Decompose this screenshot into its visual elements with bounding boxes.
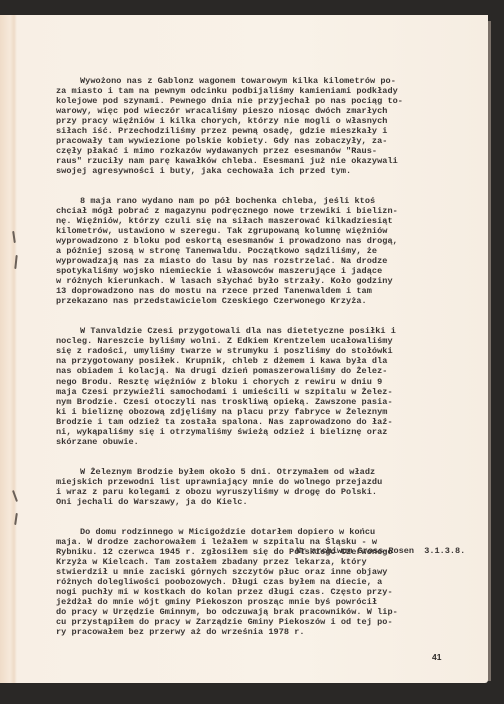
text-line: chciał mógł pobrać z magazynu podręczneg… bbox=[56, 206, 476, 216]
text-line: Oni jechali do Warszawy, ja do Kielc. bbox=[56, 497, 476, 507]
text-line: siłach iść. Przechodziliśmy przez pewną … bbox=[56, 126, 476, 136]
page-number: 41 bbox=[432, 652, 441, 662]
text-line: 13 doprowadzono nas do mostu na rzece pr… bbox=[56, 286, 476, 296]
paragraph: Wywożono nas z Gablonz wagonem towarowym… bbox=[56, 76, 476, 176]
margin-mark bbox=[12, 490, 18, 502]
text-line: ry pracowałem bez przerwy aż do września… bbox=[56, 627, 476, 637]
text-line: w różnych kierunkach. W lasach słychać b… bbox=[56, 276, 476, 286]
text-line: warowy, więc pod wieczór wracaliśmy pies… bbox=[56, 106, 476, 116]
text-line: Wywożono nas z Gablonz wagonem towarowym… bbox=[56, 76, 476, 86]
text-line: nas obiadem i kolacją. Na drugi dzień po… bbox=[56, 366, 476, 376]
text-line: skórzane obuwie. bbox=[56, 437, 476, 447]
text-line: przekazano nas przedstawicielom Czeskieg… bbox=[56, 296, 476, 306]
document-page: Wywożono nas z Gablonz wagonem towarowym… bbox=[0, 15, 488, 683]
text-line: częły płakać i mimo rozkazów wydawanych … bbox=[56, 146, 476, 156]
text-line: do pracy w Urzędzie Gminnym, bo odczuwaj… bbox=[56, 607, 476, 617]
text-line: nogi puchły mi w kostkach do kolan przez… bbox=[56, 587, 476, 597]
paragraph: W Tanvaldzie Czesi przygotowali dla nas … bbox=[56, 326, 476, 446]
text-line: cu przystąpiłem do pracy w Zarządzie Gmi… bbox=[56, 617, 476, 627]
margin-mark bbox=[14, 255, 17, 269]
text-line: nocleg. Nareszcie byliśmy wolni. Z Edkie… bbox=[56, 336, 476, 346]
text-line: kilometrów, ustawiono w szeregu. Tak zgr… bbox=[56, 226, 476, 236]
paragraph: W Żeleznym Brodzie byłem około 5 dni. Ot… bbox=[56, 467, 476, 507]
text-line: W Żeleznym Brodzie byłem około 5 dni. Ot… bbox=[56, 467, 476, 477]
text-line: za miasto i tam na pewnym odcinku podbij… bbox=[56, 86, 476, 96]
text-line: wyprowadzają nas za miasto do lasu by na… bbox=[56, 256, 476, 266]
text-line: kolejowe pod szynami. Pewnego dnia nie p… bbox=[56, 96, 476, 106]
body-text: Wywożono nas z Gablonz wagonem towarowym… bbox=[56, 56, 476, 657]
text-line: Brodzie i tam odzież ta została spalona.… bbox=[56, 417, 476, 427]
text-line: pracowały tam wywiezione polskie kobiety… bbox=[56, 136, 476, 146]
text-line: nę. Więźniów, którzy czuli się na siłach… bbox=[56, 216, 476, 226]
text-line: i wraz z paru kolegami z obozu wyruszyli… bbox=[56, 487, 476, 497]
text-line: Krzyża w Kielcach. Tam zostałem zbadany … bbox=[56, 557, 476, 567]
text-line: miejskich przewodni list uprawniający mn… bbox=[56, 477, 476, 487]
text-line: różnych dolegliwości poobozowych. Długi … bbox=[56, 577, 476, 587]
text-line: swojej agresywności i buty, jaka cechowa… bbox=[56, 166, 476, 176]
text-line: Do domu rodzinnego w Micigoździe dotarłe… bbox=[56, 527, 476, 537]
text-line: ki i bieliznę obozową zdjęliśmy na placu… bbox=[56, 407, 476, 417]
text-line: stwierdził u mnie zaciski górnych szczyt… bbox=[56, 567, 476, 577]
text-line: raus" rzuciły nam parę kawałków chleba. … bbox=[56, 156, 476, 166]
text-line: jeżdżał do mnie wójt gminy Piekoszon pro… bbox=[56, 597, 476, 607]
margin-mark bbox=[12, 231, 16, 243]
text-line: nym Brodzie. Czesi otoczyli nas troskliw… bbox=[56, 397, 476, 407]
paragraph: Do domu rodzinnego w Micigoździe dotarłe… bbox=[56, 527, 476, 637]
margin-mark bbox=[14, 513, 18, 525]
text-line: się z radości, umyliśmy twarze w strumyk… bbox=[56, 346, 476, 356]
text-line: spotykaliśmy wojsko niemieckie i własowc… bbox=[56, 266, 476, 276]
text-line: a później szosą w stronę Tanenwaldu. Poc… bbox=[56, 246, 476, 256]
text-line: 8 maja rano wydano nam po pół bochenka c… bbox=[56, 196, 476, 206]
text-line: maja Czesi przywieźli samochodami i umie… bbox=[56, 387, 476, 397]
text-line: przy pracy więźniów i kilka chorych, któ… bbox=[56, 116, 476, 126]
text-line: na przygotowany posiłek. Krupnik, chleb … bbox=[56, 356, 476, 366]
text-line: ni, wykąpaliśmy się i otrzymaliśmy śwież… bbox=[56, 427, 476, 437]
archive-reference: Nr archiwum Gross-Rosen 3.1.3.8. bbox=[296, 546, 465, 556]
text-line: nego Brodu. Resztę więźniów z bloku i ch… bbox=[56, 377, 476, 387]
text-line: wyprowadzono z bloku pod eskortą esesman… bbox=[56, 236, 476, 246]
text-line: W Tanvaldzie Czesi przygotowali dla nas … bbox=[56, 326, 476, 336]
paragraph: 8 maja rano wydano nam po pół bochenka c… bbox=[56, 196, 476, 306]
